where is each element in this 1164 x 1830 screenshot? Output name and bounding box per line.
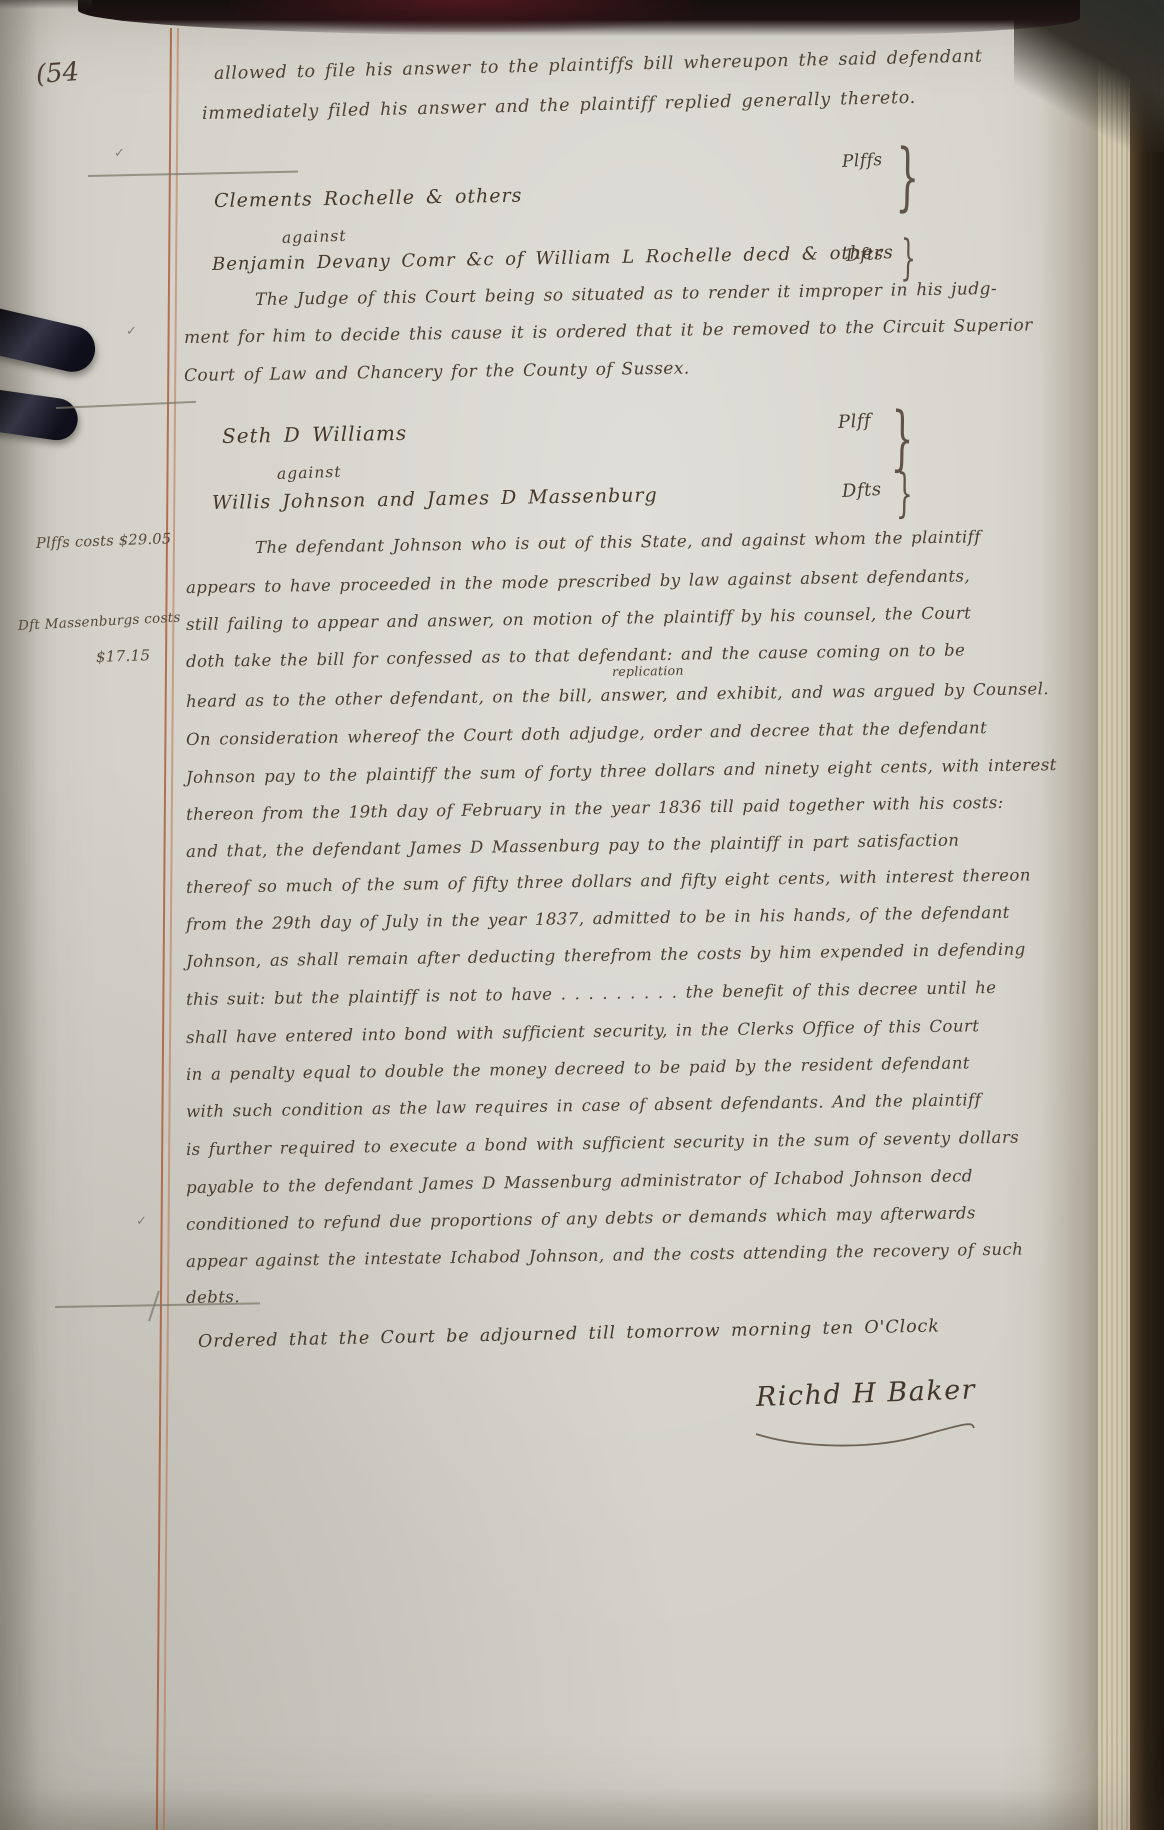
decree-line: Johnson pay to the plaintiff the sum of … — [186, 755, 1057, 787]
check-mark-icon — [126, 324, 137, 339]
brace-icon — [896, 467, 913, 520]
decree-line: this suit: but the plaintiff is not to h… — [186, 978, 997, 1009]
check-mark-icon — [136, 1214, 147, 1229]
page-number: (54 — [35, 57, 80, 90]
decree-line: On consideration whereof the Court doth … — [186, 718, 987, 749]
case1-against-label: against — [282, 227, 347, 247]
decree-line: shall have entered into bond with suffic… — [186, 1016, 980, 1047]
red-margin-rule — [163, 28, 179, 1830]
case2-plaintiff-name: Seth D Williams — [222, 421, 408, 448]
decree-line: heard as to the other defendant, on the … — [186, 679, 1049, 711]
decree-line: conditioned to refund due proportions of… — [186, 1203, 976, 1234]
decree-line: and that, the defendant James D Massenbu… — [186, 831, 960, 861]
book-spine-maroon-tint — [230, 0, 700, 32]
decree-line: appear against the intestate Ichabod Joh… — [186, 1240, 1024, 1271]
case1-plaintiff-name: Clements Rochelle & others — [214, 185, 523, 212]
decree-line: The defendant Johnson who is out of this… — [255, 527, 981, 557]
decree-line: appears to have proceeded in the mode pr… — [186, 566, 970, 597]
decree-line: payable to the defendant James D Massenb… — [186, 1166, 973, 1197]
decree-line: thereon from the 19th day of February in… — [186, 793, 1004, 824]
case1-defendant-role-label: Dfts — [845, 244, 883, 266]
margin-note-defendant-costs-amount: $17.15 — [96, 646, 151, 666]
signature-flourish — [750, 1418, 980, 1452]
case1-plaintiff-role-label: Plffs — [841, 150, 883, 172]
decree-line: is further required to execute a bond wi… — [186, 1128, 1019, 1159]
book-spine-left-sliver — [0, 0, 92, 9]
order-line: ment for him to decide this cause it is … — [184, 315, 1033, 348]
carryover-line: immediately filed his answer and the pla… — [202, 88, 916, 124]
book-cover-right — [1130, 0, 1164, 1830]
margin-note-plaintiff-costs: Plffs costs $29.05 — [36, 531, 172, 552]
decree-line: thereof so much of the sum of fifty thre… — [186, 865, 1031, 897]
judge-signature: Richd H Baker — [755, 1374, 976, 1413]
decree-line: with such condition as the law requires … — [186, 1090, 981, 1121]
book-page-edges — [1098, 14, 1132, 1830]
check-mark-icon — [114, 146, 125, 161]
brace-icon — [895, 139, 920, 215]
carryover-line: allowed to file his answer to the plaint… — [214, 47, 983, 84]
decree-line: from the 29th day of July in the year 18… — [186, 903, 1010, 934]
page-bottom-shadow — [0, 1788, 1164, 1830]
decree-line: Johnson, as shall remain after deducting… — [186, 940, 1026, 971]
margin-note-defendant-costs: Dft Massenburgs costs — [18, 609, 181, 634]
pencil-separator-line — [88, 171, 298, 177]
decree-line: doth take the bill for confessed as to t… — [186, 640, 966, 671]
decree-line: still failing to appear and answer, on m… — [186, 603, 972, 634]
interlined-word: replication — [612, 663, 684, 679]
case2-against-label: against — [277, 463, 342, 483]
brace-icon — [900, 233, 916, 282]
ledger-photo: (54 allowed to file his answer to the pl… — [0, 0, 1164, 1830]
case1-defendant-name: Benjamin Devany Comr &c of William L Roc… — [212, 242, 894, 275]
case2-defendant-role-label: Dfts — [841, 479, 882, 502]
case2-plaintiff-role-label: Plff — [837, 410, 871, 433]
order-line: Court of Law and Chancery for the County… — [184, 358, 690, 386]
page-left-shadow — [0, 0, 38, 1830]
decree-line: in a penalty equal to double the money d… — [186, 1053, 970, 1084]
case2-defendant-name: Willis Johnson and James D Massenburg — [212, 484, 658, 514]
order-line: The Judge of this Court being so situate… — [255, 279, 997, 310]
adjournment-order: Ordered that the Court be adjourned till… — [198, 1316, 940, 1352]
decree-line: debts. — [186, 1287, 240, 1307]
page-curl-shadow — [1040, 0, 1102, 1830]
